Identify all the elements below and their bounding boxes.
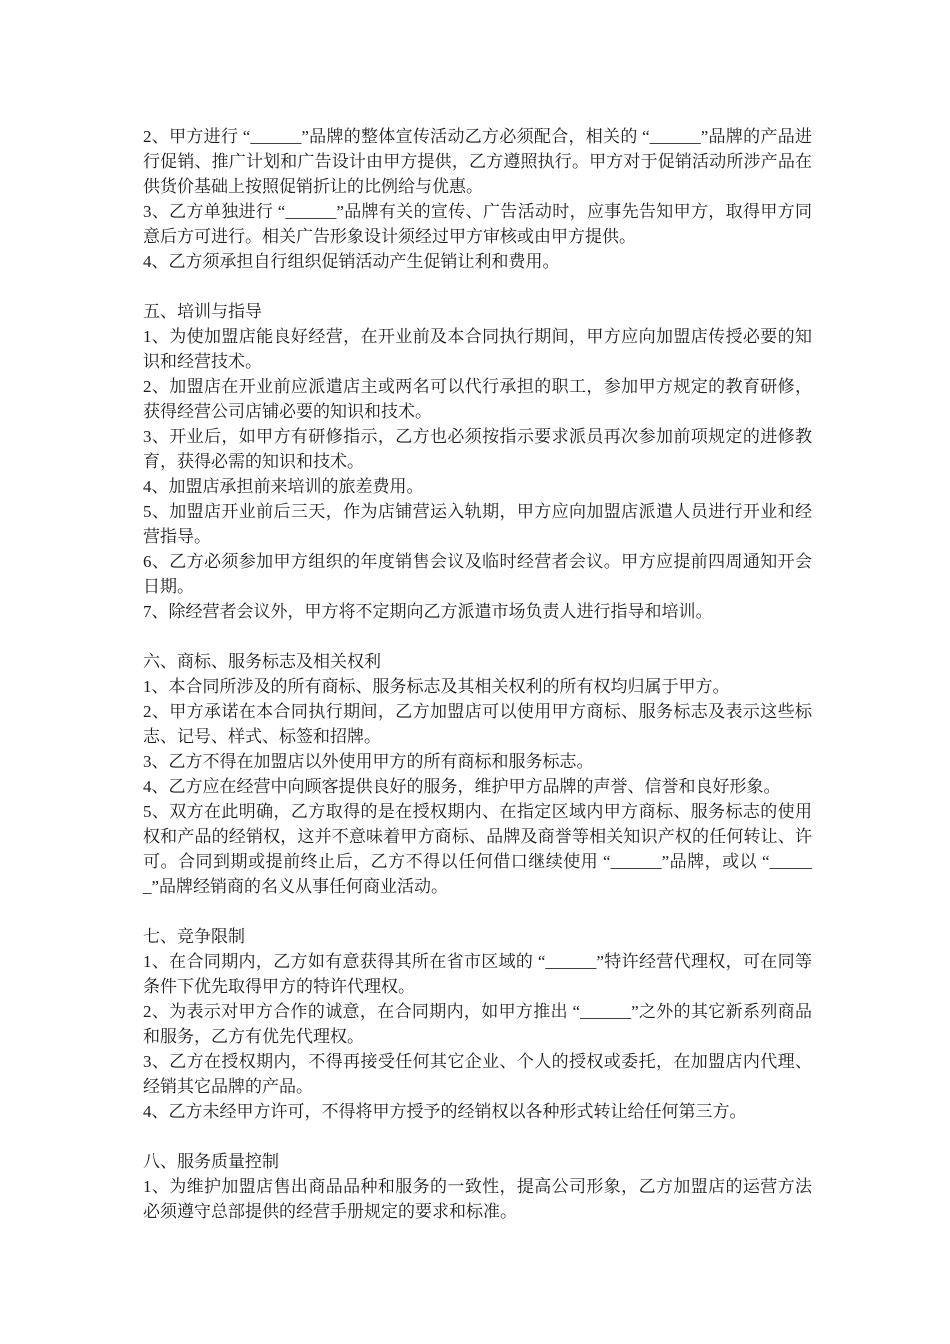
- clause-paragraph: 3、乙方不得在加盟店以外使用甲方的所有商标和服务标志。: [143, 749, 812, 774]
- clause-paragraph: 1、在合同期内，乙方如有意获得其所在省市区域的 “______”特许经营代理权，…: [143, 949, 812, 999]
- section-competition-restriction: 七、竞争限制 1、在合同期内，乙方如有意获得其所在省市区域的 “______”特…: [143, 924, 812, 1124]
- clause-paragraph: 6、乙方必须参加甲方组织的年度销售会议及临时经营者会议。甲方应提前四周通知开会日…: [143, 549, 812, 599]
- section-training-guidance: 五、培训与指导 1、为使加盟店能良好经营，在开业前及本合同执行期间，甲方应向加盟…: [143, 299, 812, 624]
- section-trademark-rights: 六、商标、服务标志及相关权利 1、本合同所涉及的所有商标、服务标志及其相关权利的…: [143, 649, 812, 899]
- clause-paragraph: 3、乙方单独进行 “______”品牌有关的宣传、广告活动时，应事先告知甲方，取…: [143, 199, 812, 249]
- clause-paragraph: 2、甲方进行 “______”品牌的整体宣传活动乙方必须配合，相关的 “____…: [143, 124, 812, 199]
- clause-paragraph: 1、为使加盟店能良好经营，在开业前及本合同执行期间，甲方应向加盟店传授必要的知识…: [143, 324, 812, 374]
- clause-paragraph: 3、乙方在授权期内，不得再接受任何其它企业、个人的授权或委托，在加盟店内代理、经…: [143, 1049, 812, 1099]
- section-heading: 六、商标、服务标志及相关权利: [143, 649, 812, 674]
- clause-paragraph: 4、乙方应在经营中向顾客提供良好的服务，维护甲方品牌的声誉、信誉和良好形象。: [143, 774, 812, 799]
- section-heading: 五、培训与指导: [143, 299, 812, 324]
- clause-paragraph: 2、为表示对甲方合作的诚意，在合同期内，如甲方推出 “______”之外的其它新…: [143, 999, 812, 1049]
- clause-paragraph: 4、加盟店承担前来培训的旅差费用。: [143, 474, 812, 499]
- clause-paragraph: 7、除经营者会议外，甲方将不定期向乙方派遣市场负责人进行指导和培训。: [143, 599, 812, 624]
- clause-paragraph: 3、开业后，如甲方有研修指示，乙方也必须按指示要求派员再次参加前项规定的进修教育…: [143, 424, 812, 474]
- section-heading: 八、服务质量控制: [143, 1149, 812, 1174]
- clause-paragraph: 4、乙方须承担自行组织促销活动产生促销让利和费用。: [143, 249, 812, 274]
- clause-paragraph: 4、乙方未经甲方许可，不得将甲方授予的经销权以各种形式转让给任何第三方。: [143, 1099, 812, 1124]
- contract-document-page: 2、甲方进行 “______”品牌的整体宣传活动乙方必须配合，相关的 “____…: [0, 0, 950, 1344]
- clause-paragraph: 5、加盟店开业前后三天，作为店铺营运入轨期，甲方应向加盟店派遣人员进行开业和经营…: [143, 499, 812, 549]
- clause-paragraph: 1、为维护加盟店售出商品品种和服务的一致性，提高公司形象，乙方加盟店的运营方法必…: [143, 1174, 812, 1224]
- clause-paragraph: 1、本合同所涉及的所有商标、服务标志及其相关权利的所有权均归属于甲方。: [143, 674, 812, 699]
- intro-clauses: 2、甲方进行 “______”品牌的整体宣传活动乙方必须配合，相关的 “____…: [143, 124, 812, 274]
- section-heading: 七、竞争限制: [143, 924, 812, 949]
- clause-paragraph: 2、甲方承诺在本合同执行期间，乙方加盟店可以使用甲方商标、服务标志及表示这些标志…: [143, 699, 812, 749]
- section-service-quality: 八、服务质量控制 1、为维护加盟店售出商品品种和服务的一致性，提高公司形象，乙方…: [143, 1149, 812, 1224]
- clause-paragraph: 2、加盟店在开业前应派遣店主或两名可以代行承担的职工，参加甲方规定的教育研修，获…: [143, 374, 812, 424]
- clause-paragraph: 5、双方在此明确，乙方取得的是在授权期内、在指定区域内甲方商标、服务标志的使用权…: [143, 799, 812, 899]
